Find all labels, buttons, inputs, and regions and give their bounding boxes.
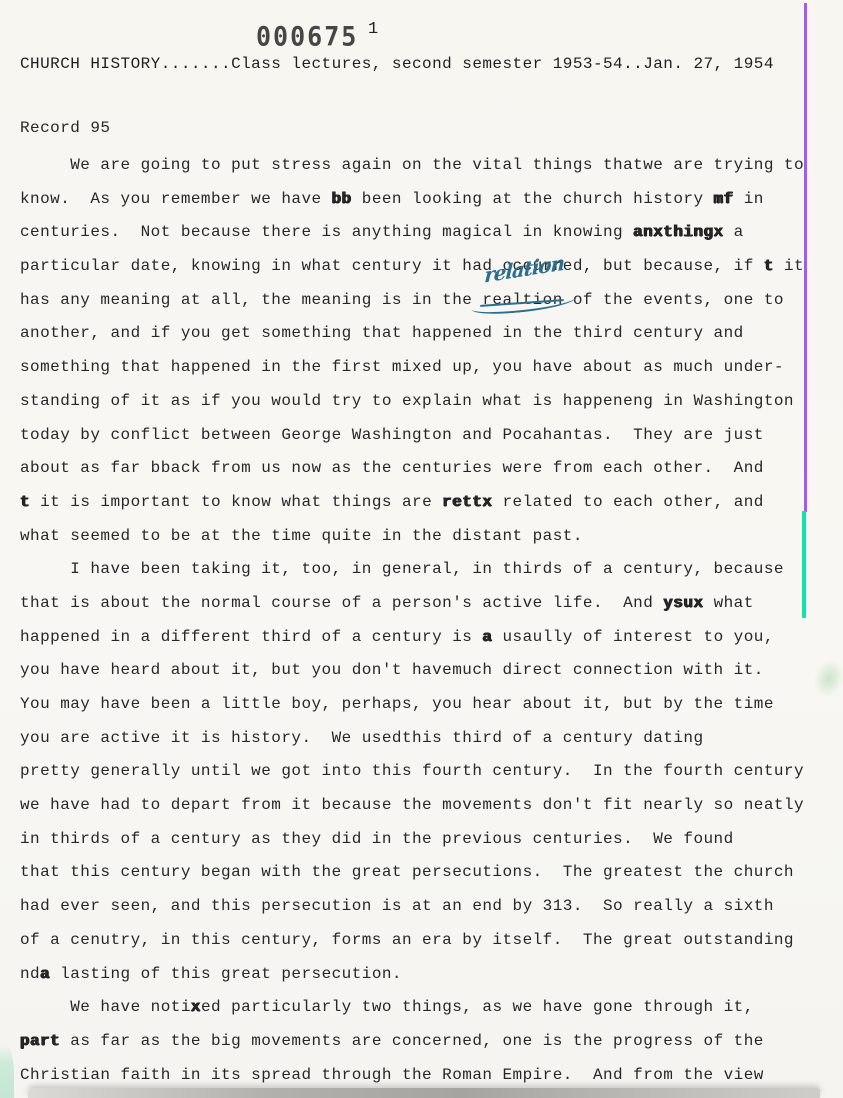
typed-text: you have heard about it, but you don't h…: [20, 661, 764, 679]
typed-line: of a cenutry, in this century, forms an …: [20, 924, 820, 958]
typed-text: happened in a different third of a centu…: [20, 628, 482, 646]
typed-line: part as far as the big movements are con…: [20, 1025, 820, 1059]
typed-line: happened in a different third of a centu…: [20, 621, 820, 655]
typed-text: I have been taking it, too, in general, …: [20, 560, 784, 578]
typed-text: it: [774, 257, 804, 275]
typed-line: centuries. Not because there is anything…: [20, 216, 820, 250]
corrected-word: realtionrelation: [482, 284, 562, 318]
typed-line: You may have been a little boy, perhaps,…: [20, 688, 820, 722]
typed-lines: We are going to put stress again on the …: [20, 149, 820, 1092]
typed-line: know. As you remember we have bb been lo…: [20, 183, 820, 217]
typed-text: pretty generally until we got into this …: [20, 762, 804, 780]
typed-line: another, and if you get something that h…: [20, 317, 820, 351]
typed-text: that this century began with the great p…: [20, 863, 794, 881]
typed-text: of the events, one to: [563, 291, 784, 309]
overstruck-text: part: [20, 1032, 60, 1050]
typed-text: something that happened in the first mix…: [20, 358, 784, 376]
typed-text: related to each other, and: [492, 493, 763, 511]
typed-line: what seemed to be at the time quite in t…: [20, 520, 820, 554]
typed-text: had ever seen, and this persecution is a…: [20, 897, 774, 915]
typed-text: ed particularly two things, as we have g…: [201, 998, 754, 1016]
scanned-page: 000675 1 CHURCH HISTORY.......Class lect…: [0, 0, 843, 1098]
typed-text: a: [724, 223, 744, 241]
typed-text: Christian faith in its spread through th…: [20, 1066, 764, 1084]
typed-line: about as far bback from us now as the ce…: [20, 452, 820, 486]
typed-line: I have been taking it, too, in general, …: [20, 553, 820, 587]
typed-text: been looking at the church history: [352, 190, 714, 208]
overstruck-text: t: [764, 257, 774, 275]
typed-text: we have had to depart from it because th…: [20, 796, 804, 814]
typed-text: in: [734, 190, 764, 208]
typed-text: particular date, knowing in what century…: [20, 257, 764, 275]
typed-text: of a cenutry, in this century, forms an …: [20, 931, 794, 949]
typed-text: about as far bback from us now as the ce…: [20, 459, 764, 477]
page-number: 1: [368, 20, 378, 39]
typed-text: that is about the normal course of a per…: [20, 594, 663, 612]
magenta-scan-line: [804, 3, 807, 512]
typed-text: lasting of this great persecution.: [50, 965, 402, 983]
typed-line: you have heard about it, but you don't h…: [20, 654, 820, 688]
typed-line: we have had to depart from it because th…: [20, 789, 820, 823]
record-label: Record 95: [20, 119, 110, 137]
typed-line: We have notixed particularly two things,…: [20, 991, 820, 1025]
typed-text: We are going to put stress again on the …: [20, 156, 804, 174]
typed-text: know. As you remember we have: [20, 190, 332, 208]
overstruck-text: x: [191, 998, 201, 1016]
overstruck-text: a: [482, 628, 492, 646]
typed-line: that is about the normal course of a per…: [20, 587, 820, 621]
document-title: CHURCH HISTORY.......Class lectures, sec…: [20, 55, 774, 73]
typed-line: today by conflict between George Washing…: [20, 419, 820, 453]
typed-line: that this century began with the great p…: [20, 856, 820, 890]
typed-line: particular date, knowing in what century…: [20, 250, 820, 284]
typed-text: We have noti: [20, 998, 191, 1016]
typed-text: today by conflict between George Washing…: [20, 426, 764, 444]
typed-text: has any meaning at all, the meaning is i…: [20, 291, 482, 309]
typed-text: nd: [20, 965, 40, 983]
ink-underline-swoosh: [471, 289, 578, 316]
typed-text: in thirds of a century as they did in th…: [20, 830, 734, 848]
typed-text: what seemed to be at the time quite in t…: [20, 527, 583, 545]
overstruck-text: t: [20, 493, 30, 511]
overstruck-text: bb: [332, 190, 352, 208]
typed-line: had ever seen, and this persecution is a…: [20, 890, 820, 924]
scan-edge-shadow: [28, 1088, 820, 1098]
ink-strikethrough: [480, 299, 564, 307]
typed-line: standing of it as if you would try to ex…: [20, 385, 820, 419]
document-stamp-number: 000675: [256, 21, 358, 51]
typed-text: centuries. Not because there is anything…: [20, 223, 633, 241]
overstruck-text: rettx: [442, 493, 492, 511]
overstruck-text: mf: [714, 190, 734, 208]
typed-line: has any meaning at all, the meaning is i…: [20, 284, 820, 318]
typed-line: t it is important to know what things ar…: [20, 486, 820, 520]
typed-text: you are active it is history. We usedthi…: [20, 729, 704, 747]
typed-text: as far as the big movements are concerne…: [60, 1032, 764, 1050]
typed-text: it is important to know what things are: [30, 493, 442, 511]
corner-green-patch: [0, 1044, 14, 1098]
overstruck-text: ysux: [663, 594, 703, 612]
cyan-scan-line: [802, 511, 806, 618]
typed-text: You may have been a little boy, perhaps,…: [20, 695, 774, 713]
overstruck-text: anxthingx: [633, 223, 723, 241]
typed-text: usaully of interest to you,: [492, 628, 773, 646]
typed-text: standing of it as if you would try to ex…: [20, 392, 794, 410]
typed-line: nda lasting of this great persecution.: [20, 958, 820, 992]
typed-line: you are active it is history. We usedthi…: [20, 722, 820, 756]
typed-text: what: [704, 594, 754, 612]
typed-line: something that happened in the first mix…: [20, 351, 820, 385]
typed-line: pretty generally until we got into this …: [20, 755, 820, 789]
typed-line: We are going to put stress again on the …: [20, 149, 820, 183]
typed-line: in thirds of a century as they did in th…: [20, 823, 820, 857]
typed-text: another, and if you get something that h…: [20, 324, 744, 342]
overstruck-text: a: [40, 965, 50, 983]
